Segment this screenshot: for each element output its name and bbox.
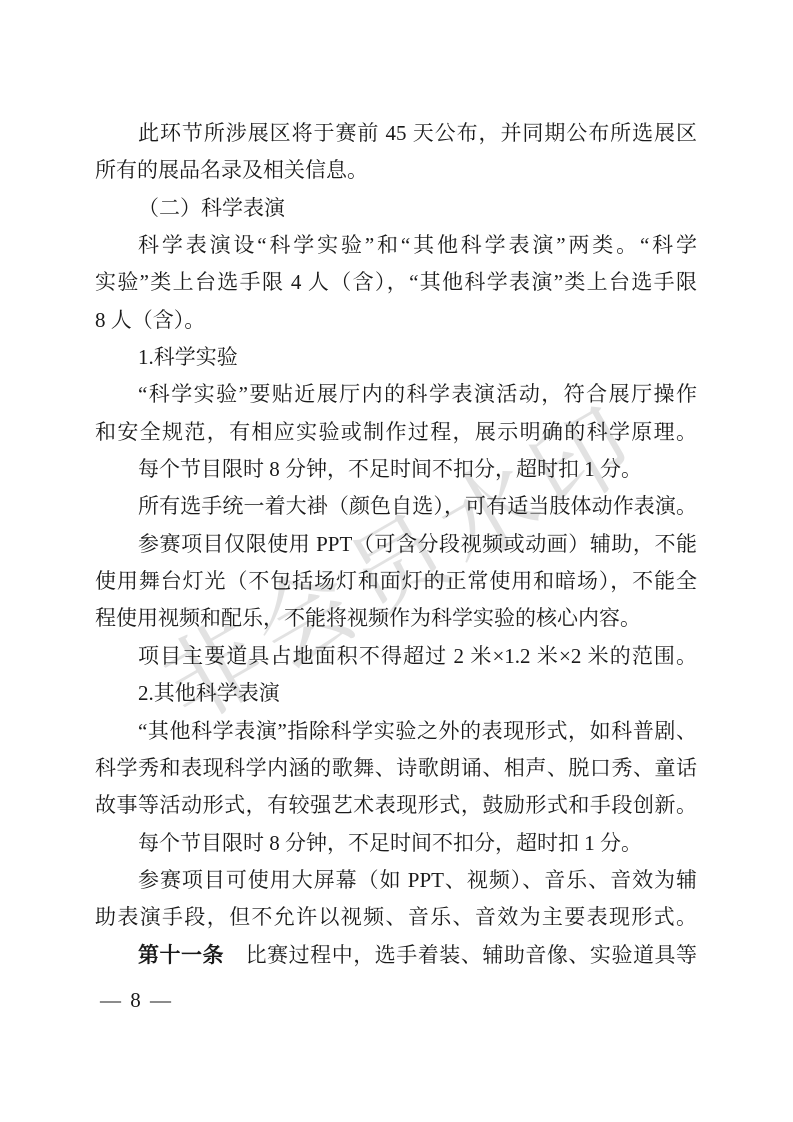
text-line: 所有选手统一着大褂（颜色自选），可有适当肢体动作表演。: [95, 488, 697, 525]
text-line: 使用舞台灯光（不包括场灯和面灯的正常使用和暗场），不能全: [95, 563, 697, 600]
text-line: “科学实验”要贴近展厅内的科学表演活动，符合展厅操作: [95, 376, 697, 413]
text-line: 每个节目限时 8 分钟，不足时间不扣分，超时扣 1 分。: [95, 825, 697, 862]
text-line: 1.科学实验: [95, 339, 697, 376]
article-number-bold: 第十一条: [138, 943, 224, 967]
text-line: 所有的展品名录及相关信息。: [95, 152, 697, 189]
text-line: 科学秀和表现科学内涵的歌舞、诗歌朗诵、相声、脱口秀、童话: [95, 750, 697, 787]
document-page: 非会员水印 此环节所涉展区将于赛前 45 天公布，并同期公布所选展区所有的展品名…: [0, 0, 793, 1122]
text-line: 项目主要道具占地面积不得超过 2 米×1.2 米×2 米的范围。: [95, 638, 697, 675]
text-line: 和安全规范，有相应实验或制作过程，展示明确的科学原理。: [95, 414, 697, 451]
text-line: 每个节目限时 8 分钟，不足时间不扣分，超时扣 1 分。: [95, 451, 697, 488]
text-line: 2.其他科学表演: [95, 675, 697, 712]
text-line: 8 人（含）。: [95, 302, 697, 339]
text-line: 实验”类上台选手限 4 人（含），“其他科学表演”类上台选手限: [95, 264, 697, 301]
text-line: 此环节所涉展区将于赛前 45 天公布，并同期公布所选展区: [95, 115, 697, 152]
text-line: 科学表演设“科学实验”和“其他科学表演”两类。“科学: [95, 227, 697, 264]
text-line: 故事等活动形式，有较强艺术表现形式，鼓励形式和手段创新。: [95, 787, 697, 824]
text-line: 第十一条 比赛过程中，选手着装、辅助音像、实验道具等: [95, 937, 697, 974]
text-line: 程使用视频和配乐，不能将视频作为科学实验的核心内容。: [95, 600, 697, 637]
text-line: 助表演手段，但不允许以视频、音乐、音效为主要表现形式。: [95, 899, 697, 936]
text-line: “其他科学表演”指除科学实验之外的表现形式，如科普剧、: [95, 713, 697, 750]
page-number: — 8 —: [100, 988, 173, 1013]
text-line: 参赛项目仅限使用 PPT（可含分段视频或动画）辅助，不能: [95, 526, 697, 563]
text-line: 参赛项目可使用大屏幕（如 PPT、视频）、音乐、音效为辅: [95, 862, 697, 899]
document-body: 此环节所涉展区将于赛前 45 天公布，并同期公布所选展区所有的展品名录及相关信息…: [95, 115, 697, 974]
text-line: （二）科学表演: [95, 190, 697, 227]
